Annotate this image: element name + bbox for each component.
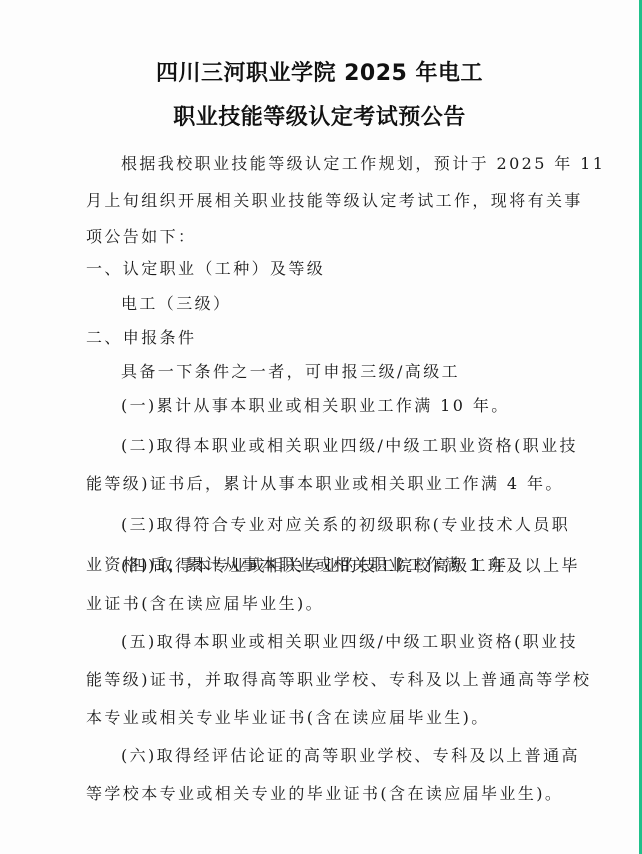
section1-content: 电工（三级） [121,291,231,314]
condition-5-line1: (五)取得本职业或相关职业四级/中级工职业资格(职业技 [121,629,578,652]
section2-heading: 二、申报条件 [86,325,196,348]
condition-5-line3: 本专业或相关专业毕业证书(含在读应届毕业生)。 [86,705,490,728]
condition-5-line2: 能等级)证书，并取得高等职业学校、专科及以上普通高等学校 [86,667,591,690]
condition-1: (一)累计从事本职业或相关职业工作满 10 年。 [121,393,510,416]
condition-2-line1: (二)取得本职业或相关职业四级/中级工职业资格(职业技 [121,433,578,456]
condition-6-line1: (六)取得经评估论证的高等职业学校、专科及以上普通高 [121,743,580,766]
section1-heading: 一、认定职业（工种）及等级 [86,256,325,279]
announcement-page: 四川三河职业学院 2025 年电工 职业技能等级认定考试预公告 根据我校职业技能… [0,0,639,854]
intro-line-3: 项公告如下： [86,224,196,247]
condition-4-line2: 业证书(含在读应届毕业生)。 [86,591,324,614]
condition-2-line2: 能等级)证书后，累计从事本职业或相关职业工作满 4 年。 [86,471,564,494]
document-title-line2: 职业技能等级认定考试预公告 [0,100,639,131]
condition-4-line1: (四)取得本专业或相关专业的技工院校高级工班及以上毕 [121,553,580,576]
condition-3-line1: (三)取得符合专业对应关系的初级职称(专业技术人员职 [121,512,570,535]
condition-6-line2: 等学校本专业或相关专业的毕业证书(含在读应届毕业生)。 [86,781,563,804]
document-title-line1: 四川三河职业学院 2025 年电工 [0,56,639,87]
intro-line-2: 月上旬组织开展相关职业技能等级认定考试工作，现将有关事 [86,188,583,211]
intro-line-1: 根据我校职业技能等级认定工作规划，预计于 2025 年 11 [121,151,605,174]
section2-lead: 具备一下条件之一者，可申报三级/高级工 [121,359,460,382]
